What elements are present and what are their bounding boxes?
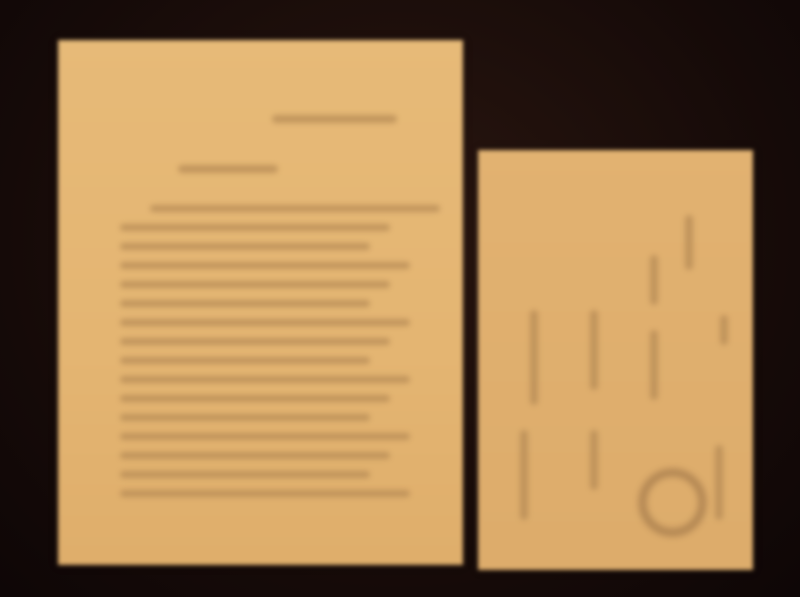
- handwriting-stroke: [530, 310, 538, 405]
- handwriting-stroke: [120, 300, 370, 307]
- handwriting-stroke: [120, 452, 390, 459]
- handwriting-stroke: [590, 310, 598, 390]
- handwriting-stroke: [120, 243, 370, 250]
- handwriting-stroke: [520, 430, 528, 520]
- handwriting-stroke: [272, 115, 397, 123]
- handwriting-stroke: [120, 338, 390, 345]
- handwriting-stroke: [178, 165, 278, 173]
- handwriting-stroke: [120, 281, 390, 288]
- handwriting-stroke: [120, 319, 410, 326]
- handwriting-stroke: [120, 490, 410, 497]
- handwriting-stroke: [120, 262, 410, 269]
- handwriting-stroke: [590, 430, 598, 490]
- handwriting-stroke: [120, 224, 390, 231]
- handwriting-stroke: [650, 330, 658, 400]
- handwriting-stroke: [120, 357, 370, 364]
- handwriting-stroke: [120, 376, 410, 383]
- postmark-stamp: [640, 470, 705, 535]
- handwriting-stroke: [720, 315, 728, 345]
- handwriting-stroke: [120, 433, 410, 440]
- handwriting-stroke: [715, 445, 723, 520]
- handwriting-stroke: [120, 395, 390, 402]
- handwriting-stroke: [120, 414, 370, 421]
- handwriting-stroke: [150, 205, 440, 212]
- handwriting-stroke: [685, 215, 693, 270]
- handwriting-stroke: [120, 471, 370, 478]
- handwriting-stroke: [650, 255, 658, 305]
